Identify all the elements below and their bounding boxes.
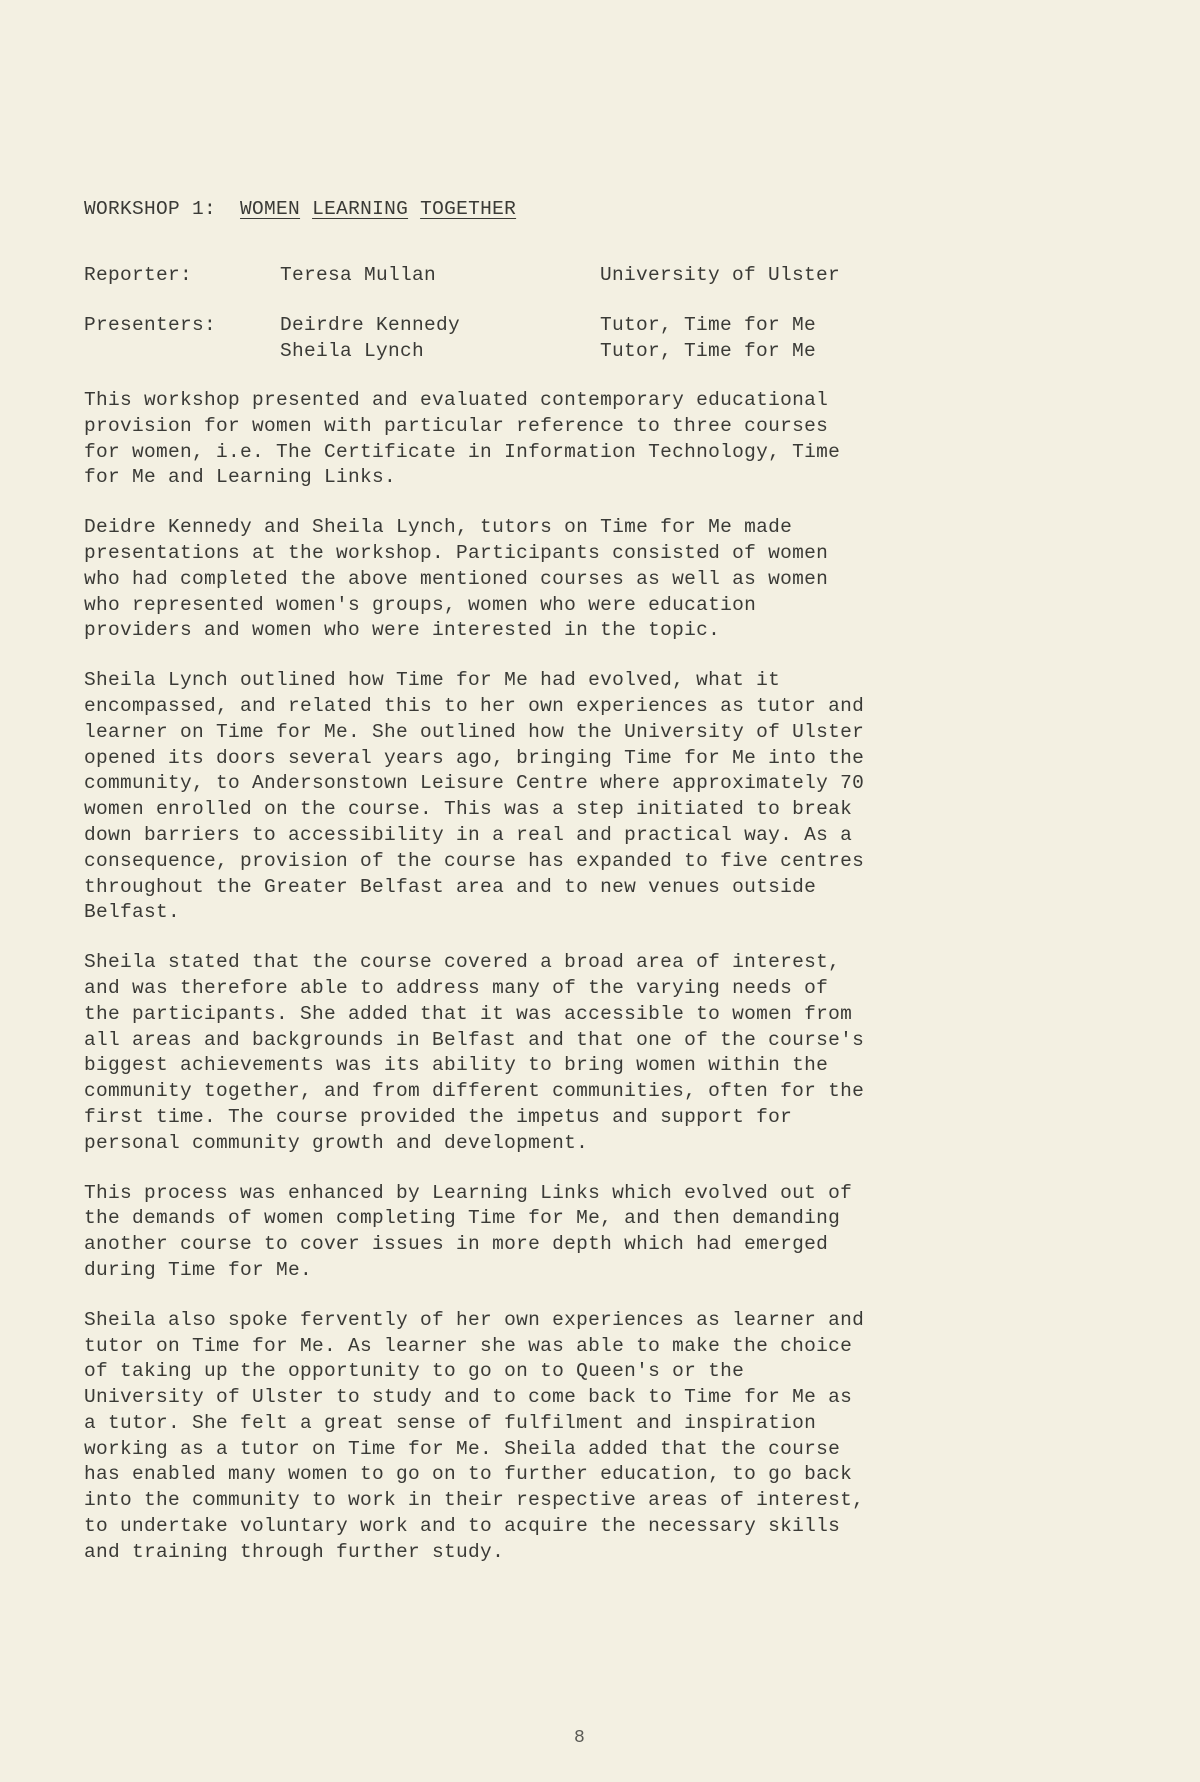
title-prefix: WORKSHOP 1: [84,198,240,220]
presenters-label: Presenters: [84,312,280,338]
reporter-block: Reporter: Teresa Mullan University of Ul… [84,262,1084,288]
title-word: TOGETHER [420,198,516,220]
reporter-row: Reporter: Teresa Mullan University of Ul… [84,262,1084,288]
presenters-block: Presenters: Deirdre Kennedy Tutor, Time … [84,312,1084,364]
reporter-name: Teresa Mullan [280,262,600,288]
page-number: 8 [574,1728,585,1748]
paragraph-presenters: Deidre Kennedy and Sheila Lynch, tutors … [84,515,1084,644]
paragraph-evolution: Sheila Lynch outlined how Time for Me ha… [84,668,1084,926]
presenter-row: Sheila Lynch Tutor, Time for Me [84,338,1084,364]
title-word: WOMEN [240,198,300,220]
paragraph-course-scope: Sheila stated that the course covered a … [84,950,1084,1156]
presenter-name: Deirdre Kennedy [280,312,600,338]
presenter-row: Presenters: Deirdre Kennedy Tutor, Time … [84,312,1084,338]
paragraph-learning-links: This process was enhanced by Learning Li… [84,1181,1084,1284]
presenter-org: Tutor, Time for Me [600,338,816,364]
paragraph-experiences: Sheila also spoke fervently of her own e… [84,1308,1084,1566]
document-page: WORKSHOP 1: WOMEN LEARNING TOGETHER Repo… [84,196,1084,1590]
presenter-org: Tutor, Time for Me [600,312,816,338]
paragraph-intro: This workshop presented and evaluated co… [84,388,1084,491]
title-word: LEARNING [312,198,408,220]
reporter-org: University of Ulster [600,262,840,288]
presenter-name: Sheila Lynch [280,338,600,364]
workshop-title: WORKSHOP 1: WOMEN LEARNING TOGETHER [84,196,1084,222]
reporter-label: Reporter: [84,262,280,288]
